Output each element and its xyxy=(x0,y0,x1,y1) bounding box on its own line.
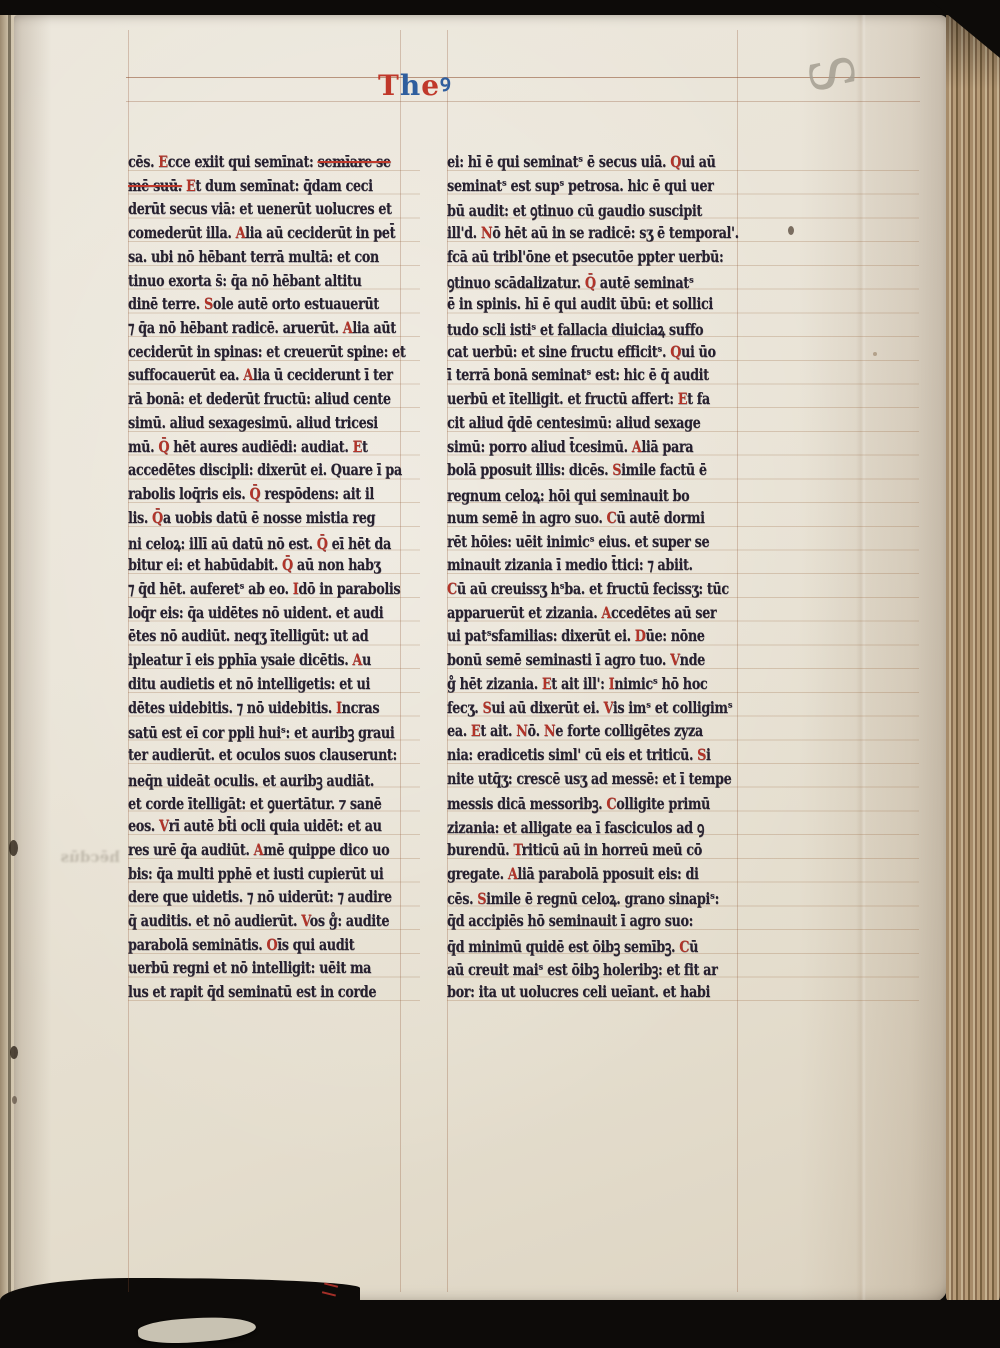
text-line: ceciderūt in spinas: et creuerūt spine: … xyxy=(128,342,362,366)
rubricated-initial: S xyxy=(204,294,213,313)
rubricated-initial: C xyxy=(607,508,617,527)
header-rule-bottom xyxy=(126,101,920,102)
text-line: ni celoꝝ: illī aū datū nō est. Q̄ eī hēt… xyxy=(128,532,362,556)
text-line: nite utq̄ʒ: crescē usʒ ad messē: et ī te… xyxy=(447,769,687,793)
rubricated-initial: C xyxy=(447,579,457,598)
text-line: lus et rapit q̄d seminatū est in corde xyxy=(128,982,362,1006)
rubricated-initial: Q̄ xyxy=(158,437,169,456)
rubricated-initial: E xyxy=(678,389,687,408)
rubricated-initial: Q̄ xyxy=(585,273,596,292)
text-line: satū est eī cor ppli huiˢ: et auribꝫ gra… xyxy=(128,721,362,745)
rubricated-initial: A xyxy=(343,318,353,337)
text-line: ē in spinis. hī ē qui audit ūbū: et soll… xyxy=(447,294,687,318)
rubricated-initial: E xyxy=(471,721,480,740)
text-line: cēs. Ecce exiit qui semīnat: semīare se xyxy=(128,152,362,176)
text-line: et corde ītelligāt: et ꝯuertātur. ⁊ sanē xyxy=(128,792,362,816)
text-line: loq̄r eis: q̄a uidētes nō uident. et aud… xyxy=(128,603,362,627)
text-line: neq̄n uideāt oculis. et auribꝫ audiāt. xyxy=(128,769,362,793)
rubricated-initial: S xyxy=(477,889,486,908)
rubricated-initial: E xyxy=(186,176,195,195)
rubricated-initial: S xyxy=(482,698,491,717)
fore-edge-page-stack xyxy=(946,12,1000,1304)
text-line: mē suū. Et dum semīnat: q̄dam ceci xyxy=(128,176,362,200)
parchment-speck xyxy=(873,352,877,356)
text-line: ill'd. Nō hēt aū in se radicē: sʒ ē temp… xyxy=(447,223,687,247)
manuscript-photo: { "header": { "running_title": [ {"ch": … xyxy=(0,0,1000,1348)
text-line: ētes nō audiūt. neqʒ ītelligūt: ut ad xyxy=(128,626,362,650)
text-line: simū. aliud sexagesimū. aliud tricesi xyxy=(128,413,362,437)
text-line: dētes uidebitis. ⁊ nō uidebitis. Incras xyxy=(128,698,362,722)
text-line: ditu audietis et nō intelligetis: et ui xyxy=(128,674,362,698)
text-line: q̄ auditis. et nō audierūt. Vos g̊: audi… xyxy=(128,911,362,935)
rubricated-initial: V xyxy=(604,698,613,717)
text-line: bolā pposuit illis: dicēs. Simile factū … xyxy=(447,460,687,484)
text-line: ea. Et ait. Nō. Ne forte colligētes zyza xyxy=(447,721,687,745)
rubricated-initial: A xyxy=(254,840,264,859)
text-line: ī terrā bonā seminatˢ est: hic ē q̄ audi… xyxy=(447,365,687,389)
text-line: cit aliud q̄dē centesimū: aliud sexage xyxy=(447,413,687,437)
text-line: cat uerbū: et sine fructu efficitˢ. Qui … xyxy=(447,342,687,366)
rubricated-initial: N xyxy=(481,223,492,242)
text-line: mū. Q̄ hēt aures audiēdi: audiat. Et xyxy=(128,437,362,461)
rubricated-initial: E xyxy=(542,674,551,693)
text-line: bonū semē seminasti ī agro tuo. Vnde xyxy=(447,650,687,674)
red-expunction: mē suū. xyxy=(128,176,182,195)
text-line: regnum celoꝝ: hōi qui seminauit bo xyxy=(447,484,687,508)
text-line: ui patˢsfamilias: dixerūt ei. Dūe: nōne xyxy=(447,626,687,650)
rubricated-initial: A xyxy=(508,864,518,883)
text-line: q̄d accipiēs hō seminauit ī agro suo: xyxy=(447,911,687,935)
rubricated-initial: Q̄ xyxy=(152,508,163,527)
rubricated-initial: V xyxy=(301,911,309,930)
text-line: tudo scli istiˢ et fallacia diuiciaꝝ suf… xyxy=(447,318,687,342)
text-line: ⁊ q̄a nō hēbant radicē. aruerūt. Alia aū… xyxy=(128,318,362,342)
text-line: dere que uidetis. ⁊ nō uiderūt: ⁊ audire xyxy=(128,887,362,911)
text-line: ꝯtinuo scādalizatur. Q̄ autē seminatˢ xyxy=(447,271,687,295)
rubricated-initial: I xyxy=(609,674,615,693)
rubricated-initial: Q̄ xyxy=(317,534,328,553)
red-expunction: semīare se xyxy=(317,152,390,171)
text-line: fecʒ. Sui aū dixerūt ei. Vis imˢ et coll… xyxy=(447,698,687,722)
text-column-right: ei: hī ē qui seminatˢ ē secus uiā. Qui a… xyxy=(447,152,747,1006)
text-line: nia: eradicetis siml' cū eis et triticū.… xyxy=(447,745,687,769)
text-line: bis: q̄a multi pphē et iusti cupierūt ui xyxy=(128,864,362,888)
rubricated-initial: Q xyxy=(670,342,681,361)
rubricated-initial: A xyxy=(236,223,246,242)
text-line: aū creuit maiˢ est ōibꝫ holeribꝫ: et fit… xyxy=(447,958,687,982)
bleedthrough-text: hēcdūs xyxy=(30,848,120,866)
rubricated-initial: N xyxy=(516,721,527,740)
rubricated-initial: D xyxy=(635,626,646,645)
text-line: burendū. Triticū aū in horreū meū cō xyxy=(447,840,687,864)
rubricated-initial: Q̄ xyxy=(282,555,293,574)
rubricated-initial: I xyxy=(336,698,342,717)
rubricated-initial: A xyxy=(243,365,253,384)
text-line: derūt secus viā: et uenerūt uolucres et xyxy=(128,199,362,223)
running-title-letter: e xyxy=(421,69,440,102)
text-line: zizania: et alligate ea ī fasciculos ad … xyxy=(447,816,687,840)
text-line: minauit zizania ī medio t̄tici: ⁊ abiit. xyxy=(447,555,687,579)
photo-black-border-top xyxy=(0,0,1000,15)
text-line: accedētes discipli: dixerūt ei. Quare ī … xyxy=(128,460,362,484)
text-line: Cū aū creuissʒ hˢba. et fructū fecissʒ: … xyxy=(447,579,687,603)
text-line: dinē terre. Sole autē orto estuauerūt xyxy=(128,294,362,318)
text-line: ⁊ q̄d hēt. auferetˢ ab eo. Idō in parabo… xyxy=(128,579,362,603)
rubricated-initial: N xyxy=(544,721,555,740)
rubricated-initial: C xyxy=(606,794,616,813)
running-title-letter: h xyxy=(400,69,421,102)
rubricated-initial: I xyxy=(293,579,299,598)
text-line: fcā aū tribl'ōne et psecutōe ppter uerbū… xyxy=(447,247,687,271)
text-line: comederūt illa. Alia aū ceciderūt in pet… xyxy=(128,223,362,247)
rubricated-initial: E xyxy=(158,152,167,171)
text-line: bū audit: et ꝯtinuo cū gaudio suscipit xyxy=(447,199,687,223)
rubricated-initial: C xyxy=(679,937,689,956)
text-line: simū: porro aliud t̄cesimū. Aliā para xyxy=(447,437,687,461)
rubricated-initial: E xyxy=(353,437,362,456)
text-line: ter audierūt. et oculos suos clauserunt: xyxy=(128,745,362,769)
text-line: gregate. Aliā parabolā pposuit eis: di xyxy=(447,864,687,888)
rubricated-initial: T xyxy=(513,840,521,859)
gutter-blotch xyxy=(9,840,18,856)
text-line: q̄d minimū quidē est ōibꝫ semībꝫ. Cū xyxy=(447,935,687,959)
text-line: sa. ubi nō hēbant terrā multā: et con xyxy=(128,247,362,271)
text-line: apparuerūt et zizania. Accedētes aū ser xyxy=(447,603,687,627)
gutter-blotch xyxy=(12,1096,17,1104)
rubricated-initial: A xyxy=(352,650,362,669)
rubricated-initial: Q̄ xyxy=(249,484,260,503)
rubricated-initial: A xyxy=(632,437,642,456)
text-line: ei: hī ē qui seminatˢ ē secus uiā. Qui a… xyxy=(447,152,687,176)
text-line: rā bonā: et dederūt fructū: aliud cente xyxy=(128,389,362,413)
text-line: lis. Q̄a uobis datū ē nosse mistia reg xyxy=(128,508,362,532)
gutter-edge-line xyxy=(8,10,11,1320)
text-line: bitur ei: et habūdabit. Q̄ aū non habʒ xyxy=(128,555,362,579)
text-line: g̊ hēt zizania. Et ait ill': Inimicˢ hō … xyxy=(447,674,687,698)
running-title-letter: ꝰ xyxy=(440,69,452,102)
rubricated-initial: Q xyxy=(670,152,681,171)
text-line: res urē q̄a audiūt. Amē quippe dico uo xyxy=(128,840,362,864)
text-column-left: cēs. Ecce exiit qui semīnat: semīare sem… xyxy=(128,152,420,1006)
text-line: uerbū regni et nō intelligit: uēit ma xyxy=(128,958,362,982)
running-title-letter: T xyxy=(378,69,400,102)
text-line: messis dicā messoribꝫ. Colligite primū xyxy=(447,792,687,816)
running-title: Theꝰ xyxy=(378,66,498,104)
gutter-blotch xyxy=(10,1046,18,1059)
text-line: cēs. Simile ē regnū celoꝝ. grano sinapiˢ… xyxy=(447,887,687,911)
rubricated-initial: A xyxy=(601,603,611,622)
text-line: num semē in agro suo. Cū autē dormi xyxy=(447,508,687,532)
text-line: bor: ita ut uolucres celi ueīant. et hab… xyxy=(447,982,687,1006)
text-line: suffocauerūt ea. Alia ū ceciderunt ī ter xyxy=(128,365,362,389)
text-line: rabolis loq̄ris eis. Q̄ respōdens: ait i… xyxy=(128,484,362,508)
rubricated-initial: S xyxy=(697,745,706,764)
text-line: tinuo exorta s̄: q̄a nō hēbant altitu xyxy=(128,271,362,295)
text-line: uerbū et ītelligit. et fructū affert: Et… xyxy=(447,389,687,413)
rubricated-initial: S xyxy=(612,460,621,479)
text-line: eos. Vrī autē bt̄i ocli quia uidēt: et a… xyxy=(128,816,362,840)
rubricated-initial: O xyxy=(266,935,277,954)
text-line: seminatˢ est supˢ petrosa. hic ē qui uer xyxy=(447,176,687,200)
text-line: parabolā seminātis. Oīs qui audit xyxy=(128,935,362,959)
text-line: rēt hōies: uēit inimicˢ eius. et super s… xyxy=(447,532,687,556)
text-line: ipleatur ī eis pphīa ysaie dicētis. Au xyxy=(128,650,362,674)
rubricated-initial: V xyxy=(670,650,680,669)
rubricated-initial: V xyxy=(159,816,169,835)
ink-speck xyxy=(788,226,794,235)
